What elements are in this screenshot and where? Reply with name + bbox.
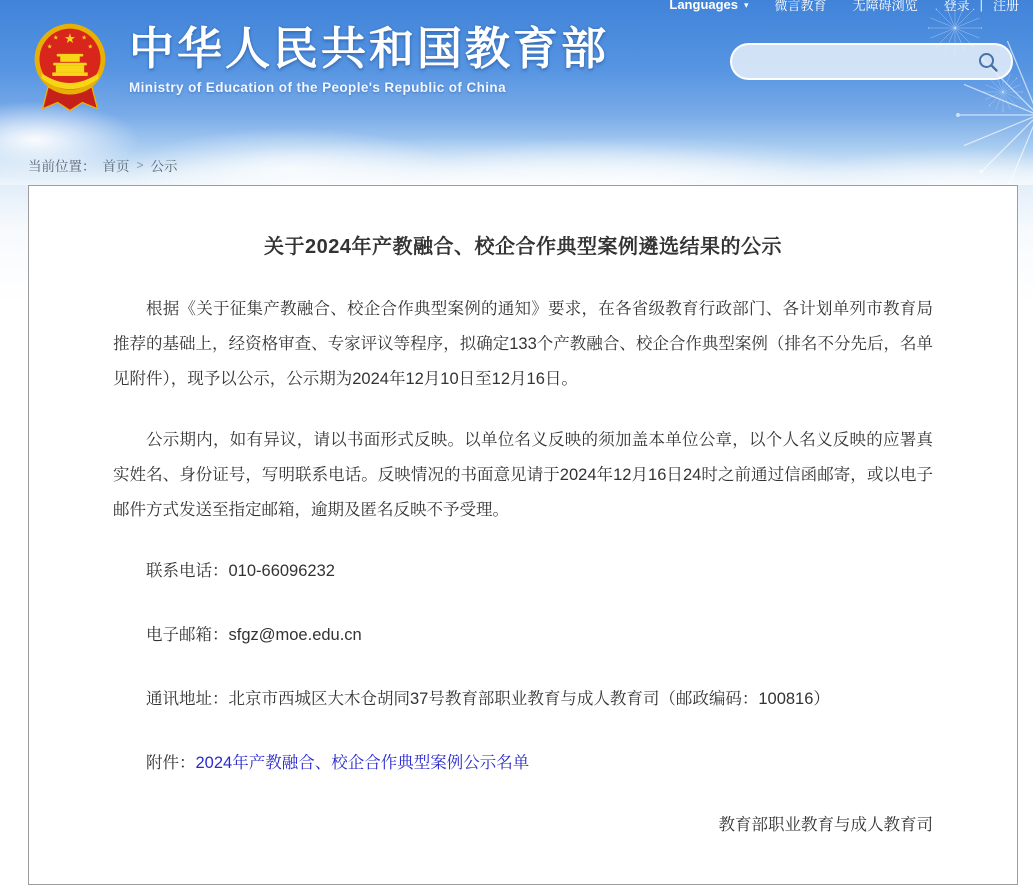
breadcrumb-current[interactable]: 公示 — [151, 155, 178, 175]
notice-paragraph-1: 根据《关于征集产教融合、校企合作典型案例的通知》要求，在各省级教育行政部门、各计… — [113, 292, 933, 397]
topbar-link-register[interactable]: 注册 — [993, 0, 1019, 14]
topbar-link-weiyan[interactable]: 微言教育 — [775, 0, 827, 14]
svg-text:★: ★ — [81, 35, 87, 42]
languages-label: Languages — [669, 0, 738, 12]
chevron-down-icon: ▾ — [744, 0, 749, 11]
page-title: 关于2024年产教融合、校企合作典型案例遴选结果的公示 — [113, 230, 933, 259]
attachment-link[interactable]: 2024年产教融合、校企合作典型案例公示名单 — [196, 754, 530, 772]
svg-text:★: ★ — [47, 44, 53, 51]
svg-text:★: ★ — [53, 35, 59, 42]
search-input[interactable] — [748, 54, 975, 70]
attachment-label: 附件： — [146, 754, 196, 772]
search-icon — [977, 51, 999, 73]
contact-email: 电子邮箱：sfgz@moe.edu.cn — [113, 618, 933, 653]
issuer-signature: 教育部职业教育与成人教育司 — [113, 808, 933, 843]
notice-panel: 关于2024年产教融合、校企合作典型案例遴选结果的公示 根据《关于征集产教融合、… — [28, 185, 1018, 850]
notice-paragraph-2: 公示期内，如有异议，请以书面形式反映。以单位名义反映的须加盖本单位公章，以个人名… — [113, 423, 933, 528]
topbar: Languages ▾ 微言教育 无障碍浏览 登录 | 注册 — [669, 0, 1019, 15]
contact-address: 通讯地址：北京市西城区大木仓胡同37号教育部职业教育与成人教育司（邮政编码：10… — [113, 682, 933, 717]
national-emblem-icon: ★ ★ ★ ★ ★ — [25, 22, 115, 114]
breadcrumb-separator: > — [137, 158, 144, 172]
breadcrumb-home-link[interactable]: 首页 — [103, 155, 130, 175]
topbar-divider: | — [980, 0, 983, 12]
search-button[interactable] — [975, 49, 1001, 75]
search-bar — [730, 43, 1013, 80]
languages-menu[interactable]: Languages ▾ — [669, 0, 748, 12]
dandelion-graphic — [813, 0, 1033, 185]
topbar-link-login[interactable]: 登录 — [944, 0, 970, 14]
topbar-link-accessibility[interactable]: 无障碍浏览 — [853, 0, 918, 14]
attachment-line: 附件：2024年产教融合、校企合作典型案例公示名单 — [113, 746, 933, 781]
site-subtitle: Ministry of Education of the People's Re… — [129, 80, 609, 95]
breadcrumb-label: 当前位置： — [28, 155, 96, 175]
breadcrumb: 当前位置： 首页 > 公示 — [28, 155, 178, 175]
site-brand: ★ ★ ★ ★ ★ 中华人民共和国教育部 Ministry of Educati… — [25, 22, 609, 114]
site-title: 中华人民共和国教育部 — [129, 26, 609, 71]
contact-phone: 联系电话：010-66096232 — [113, 554, 933, 589]
svg-text:★: ★ — [88, 44, 94, 51]
svg-text:★: ★ — [64, 31, 76, 46]
